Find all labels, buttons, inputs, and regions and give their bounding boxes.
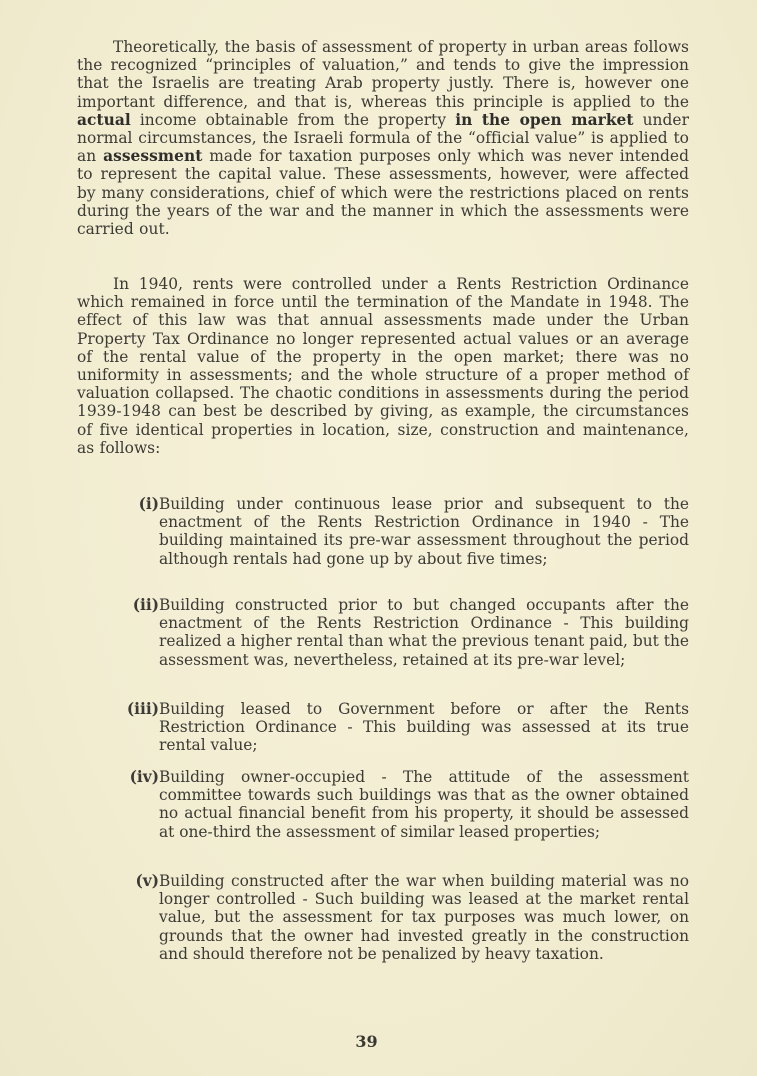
list-item-text: Building owner-occupied - The attitude o… (159, 768, 689, 841)
emphasis-assessment: assessment (103, 147, 202, 165)
list-item-number: (iv) (130, 768, 159, 786)
paragraph-text: In 1940, rents were controlled under a R… (77, 275, 689, 457)
paragraph-rents-restriction: In 1940, rents were controlled under a R… (77, 275, 689, 457)
list-item-text: Building under continuous lease prior an… (159, 495, 689, 568)
page-number: 39 (0, 1032, 745, 1051)
list-item-text: Building constructed prior to but change… (159, 596, 689, 669)
paragraph-text: Theoretically, the basis of assessment o… (77, 38, 689, 111)
list-item-number: (iii) (127, 700, 159, 718)
list-item-number: (i) (139, 495, 159, 513)
list-item-text: Building constructed after the war when … (159, 872, 689, 963)
emphasis-actual: actual (77, 111, 131, 129)
document-page: Theoretically, the basis of assessment o… (0, 0, 757, 1076)
paragraph-valuation-basis: Theoretically, the basis of assessment o… (77, 38, 689, 238)
list-item-text: Building leased to Government before or … (159, 700, 689, 755)
list-item-number: (v) (135, 872, 159, 890)
paragraph-text: income obtainable from the property (131, 111, 455, 129)
list-item-number: (ii) (133, 596, 159, 614)
emphasis-open-market: in the open market (455, 111, 633, 129)
